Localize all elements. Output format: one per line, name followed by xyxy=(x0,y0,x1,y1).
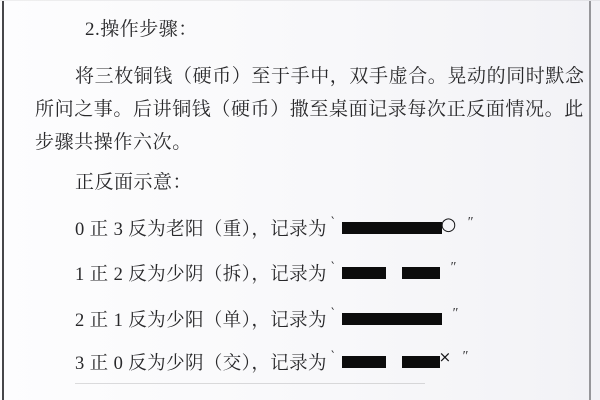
paragraph-line: 将三枚铜钱（硬币）至于手中，双手虚合。晃动的同时默念 xyxy=(35,60,575,93)
instructions-paragraph: 将三枚铜钱（硬币）至于手中，双手虚合。晃动的同时默念 所问之事。后讲铜钱（硬币）… xyxy=(35,60,575,159)
page-bottom-shadow-line xyxy=(75,383,425,384)
moving-yang-circle-marker: ○ xyxy=(441,219,457,231)
page-right-edge-line xyxy=(589,1,591,400)
coin-result-row-young-yang: 2 正 1 反为少阳（单），记录为 ‵ ″ xyxy=(75,305,459,333)
document-page: 2.操作步骤： 将三枚铜钱（硬币）至于手中，双手虚合。晃动的同时默念 所问之事。… xyxy=(0,0,600,400)
section-title: 2.操作步骤： xyxy=(85,17,198,43)
yin-line-bar-left xyxy=(342,356,386,368)
hexagram-line xyxy=(342,313,442,325)
coin-result-row-old-yang: 0 正 3 反为老阳（重），记录为 ‵ ○ ″ xyxy=(75,214,474,242)
paragraph-line: 所问之事。后讲铜钱（硬币）撒至桌面记录每次正反面情况。此 xyxy=(35,93,575,126)
paragraph-line: 步骤共操作六次。 xyxy=(35,126,575,159)
row-label: 2 正 1 反为少阳（单），记录为 xyxy=(75,306,327,332)
hexagram-line xyxy=(342,267,440,279)
yang-line-bar xyxy=(342,313,442,325)
row-label: 1 正 2 反为少阴（拆），记录为 xyxy=(75,260,327,286)
moving-yin-x-marker: × xyxy=(439,351,452,363)
close-quote-mark: ″ xyxy=(453,306,459,322)
row-label: 3 正 0 反为少阴（交），记录为 xyxy=(75,349,327,375)
open-quote-mark: ‵ xyxy=(331,349,335,366)
open-quote-mark: ‵ xyxy=(331,215,335,232)
row-label: 0 正 3 反为老阳（重），记录为 xyxy=(75,215,327,241)
coin-result-row-young-yin: 1 正 2 反为少阴（拆），记录为 ‵ ″ xyxy=(75,259,457,287)
close-quote-mark: ″ xyxy=(463,349,469,365)
open-quote-mark: ‵ xyxy=(331,306,335,323)
yin-line-bar-right xyxy=(402,356,440,368)
coin-result-row-moving-yin: 3 正 0 反为少阴（交），记录为 ‵ × ″ xyxy=(75,348,469,376)
yin-line-bar-right xyxy=(402,267,440,279)
hexagram-line: ○ xyxy=(342,222,457,234)
legend-subheading: 正反面示意： xyxy=(75,170,192,196)
hexagram-line: × xyxy=(342,356,452,368)
close-quote-mark: ″ xyxy=(451,260,457,276)
yang-line-bar xyxy=(342,222,442,234)
page-left-edge-line xyxy=(2,1,4,400)
yin-line-bar-left xyxy=(342,267,386,279)
close-quote-mark: ″ xyxy=(468,215,474,231)
open-quote-mark: ‵ xyxy=(331,260,335,277)
